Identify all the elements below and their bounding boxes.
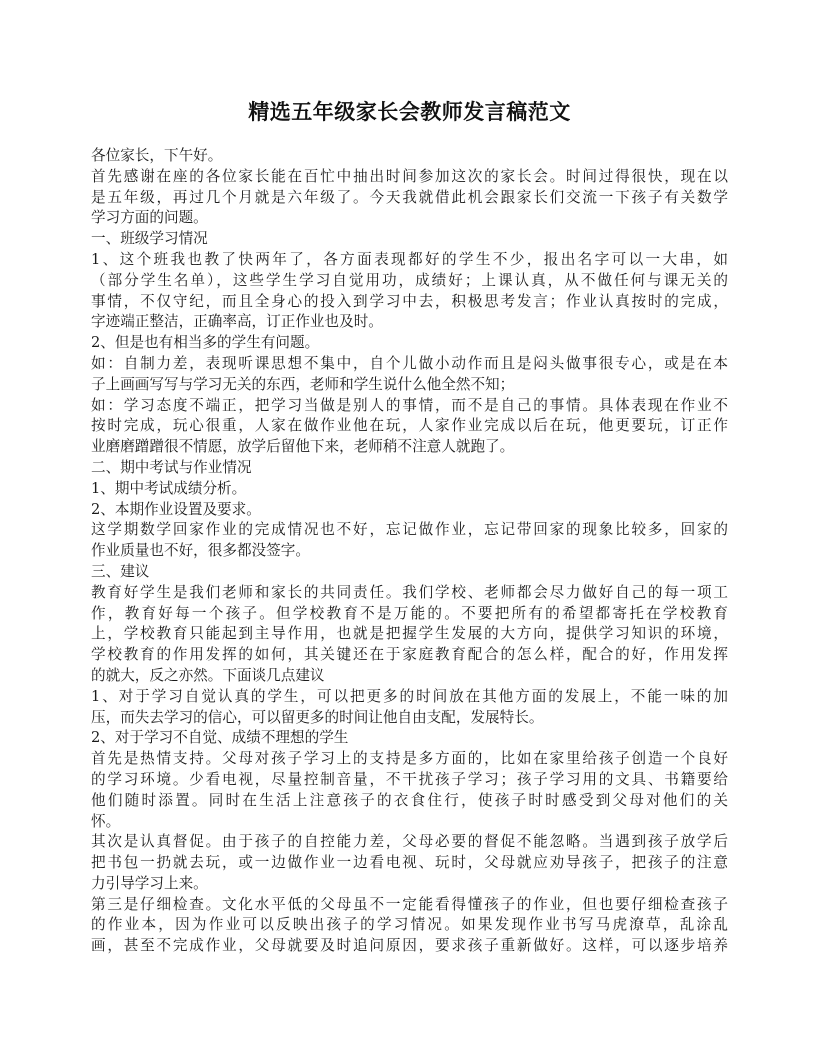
text-line: 怀。 <box>91 812 728 833</box>
text-line: 画，甚至不完成作业，父母就要及时追问原因，要求孩子重新做好。这样，可以逐步培养 <box>91 936 728 957</box>
text-line: 他们随时添置。同时在生活上注意孩子的衣食住行，使孩子时时感受到父母对他们的关 <box>91 791 728 812</box>
text-line: 把书包一扔就去玩，或一边做作业一边看电视、玩时，父母就应劝导孩子，把孩子的注意 <box>91 853 728 874</box>
text-line: 二、期中考试与作业情况 <box>91 458 728 479</box>
text-line: 1、对于学习自觉认真的学生，可以把更多的时间放在其他方面的发展上，不能一味的加 <box>91 687 728 708</box>
text-line: 其次是认真督促。由于孩子的自控能力差，父母必要的督促不能忽略。当遇到孩子放学后 <box>91 832 728 853</box>
text-line: 教育好学生是我们老师和家长的共同责任。我们学校、老师都会尽力做好自己的每一项工 <box>91 583 728 604</box>
text-line: 1、这个班我也教了快两年了，各方面表现都好的学生不少，报出名字可以一大串，如 <box>91 250 728 271</box>
text-line: 首先感谢在座的各位家长能在百忙中抽出时间参加这次的家长会。时间过得很快，现在以 <box>91 167 728 188</box>
text-line: 事情，不仅守纪，而且全身心的投入到学习中去，积极思考发言；作业认真按时的完成， <box>91 292 728 313</box>
document-body: 各位家长，下午好。首先感谢在座的各位家长能在百忙中抽出时间参加这次的家长会。时间… <box>91 146 728 957</box>
text-line: 三、建议 <box>91 562 728 583</box>
text-line: 这学期数学回家作业的完成情况也不好，忘记做作业，忘记带回家的现象比较多，回家的 <box>91 520 728 541</box>
text-line: 子上画画写写与学习无关的东西，老师和学生说什么他全然不知； <box>91 375 728 396</box>
text-line: 业磨磨蹭蹭很不情愿，放学后留他下来，老师稍不注意人就跑了。 <box>91 437 728 458</box>
text-line: （部分学生名单），这些学生学习自觉用功，成绩好；上课认真，从不做任何与课无关的 <box>91 271 728 292</box>
text-line: 的作业本，因为作业可以反映出孩子的学习情况。如果发现作业书写马虎潦草，乱涂乱 <box>91 915 728 936</box>
text-line: 1、期中考试成绩分析。 <box>91 479 728 500</box>
text-line: 2、对于学习不自觉、成绩不理想的学生 <box>91 728 728 749</box>
text-line: 是五年级，再过几个月就是六年级了。今天我就借此机会跟家长们交流一下孩子有关数学 <box>91 188 728 209</box>
text-line: 压，而失去学习的信心，可以留更多的时间让他自由支配，发展特长。 <box>91 708 728 729</box>
text-line: 2、本期作业设置及要求。 <box>91 500 728 521</box>
text-line: 的就大，反之亦然。下面谈几点建议 <box>91 666 728 687</box>
document-title: 精选五年级家长会教师发言稿范文 <box>91 96 728 126</box>
text-line: 首先是热情支持。父母对孩子学习上的支持是多方面的，比如在家里给孩子创造一个良好 <box>91 749 728 770</box>
text-line: 作，教育好每一个孩子。但学校教育不是万能的。不要把所有的希望都寄托在学校教育 <box>91 604 728 625</box>
text-line: 学校教育的作用发挥的如何，其关键还在于家庭教育配合的怎么样，配合的好，作用发挥 <box>91 645 728 666</box>
text-line: 作业质量也不好，很多都没签字。 <box>91 541 728 562</box>
text-line: 的学习环境。少看电视，尽量控制音量，不干扰孩子学习；孩子学习用的文具、书籍要给 <box>91 770 728 791</box>
text-line: 字迹端正整洁，正确率高，订正作业也及时。 <box>91 312 728 333</box>
text-line: 上，学校教育只能起到主导作用，也就是把握学生发展的大方向，提供学习知识的环境， <box>91 624 728 645</box>
text-line: 各位家长，下午好。 <box>91 146 728 167</box>
text-line: 如：自制力差，表现听课思想不集中，自个儿做小动作而且是闷头做事很专心，或是在本 <box>91 354 728 375</box>
text-line: 力引导学习上来。 <box>91 874 728 895</box>
text-line: 学习方面的问题。 <box>91 208 728 229</box>
text-line: 如：学习态度不端正，把学习当做是别人的事情，而不是自己的事情。具体表现在作业不 <box>91 396 728 417</box>
text-line: 按时完成，玩心很重，人家在做作业他在玩，人家作业完成以后在玩，他更要玩，订正作 <box>91 416 728 437</box>
text-line: 2、但是也有相当多的学生有问题。 <box>91 333 728 354</box>
text-line: 第三是仔细检查。文化水平低的父母虽不一定能看得懂孩子的作业，但也要仔细检查孩子 <box>91 895 728 916</box>
text-line: 一、班级学习情况 <box>91 229 728 250</box>
